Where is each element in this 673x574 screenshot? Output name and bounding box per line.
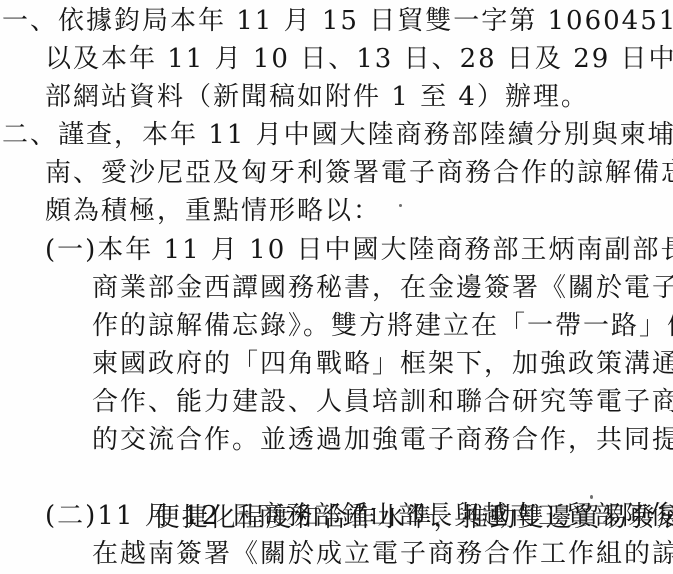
document-line: (二)11 月 12 日商務部鍾山部長與越南工貿部陳俊英部長， [0,497,673,535]
document-body: 一、依據鈞局本年 11 月 15 日貿雙一字第 1060451437 號函， 以… [0,0,673,573]
scanned-document-page: 一、依據鈞局本年 11 月 15 日貿雙一字第 1060451437 號函， 以… [0,0,673,574]
document-line: 部網站資料（新聞稿如附件 1 至 4）辦理。 [0,78,673,116]
line-text: 的交流合作。並透過加強電子商務合作，共同提高貿易 [92,425,673,455]
document-line: 便捷化程度和合作水準，推動雙邊貿易發展。 [0,459,673,497]
line-text: 柬國政府的「四角戰略」框架下，加強政策溝通、企業 [92,349,673,379]
line-text: 南、愛沙尼亞及匈牙利簽署電子商務合作的諒解備忘錄， [45,158,673,188]
line-text: (二)11 月 12 日商務部鍾山部長與越南工貿部陳俊英部長， [45,501,673,531]
document-line: 以及本年 11 月 10 日、13 日、28 日及 29 日中國大陸商務 [0,40,673,78]
document-line: 的交流合作。並透過加強電子商務合作，共同提高貿易 [0,421,673,459]
document-line: 南、愛沙尼亞及匈牙利簽署電子商務合作的諒解備忘錄， [0,154,673,192]
document-line: 二、謹查，本年 11 月中國大陸商務部陸續分別與柬埔寨、越 [0,116,673,154]
line-text: 部網站資料（新聞稿如附件 1 至 4）辦理。 [45,82,589,112]
document-line: 柬國政府的「四角戰略」框架下，加強政策溝通、企業 [0,345,673,383]
scan-speck [399,204,402,207]
scan-speck [590,495,593,499]
line-text: 在越南簽署《關於成立電子商務合作工作組的諒解備忘 [92,539,673,569]
document-line: 作的諒解備忘錄》。雙方將建立在「一帶一路」倡議和 [0,307,673,345]
document-line: 一、依據鈞局本年 11 月 15 日貿雙一字第 1060451437 號函， [0,2,673,40]
document-line: (一)本年 11 月 10 日中國大陸商務部王炳南副部長與柬埔寨 [0,231,673,269]
line-text: 合作、能力建設、人員培訓和聯合研究等電子商務領域 [92,387,673,417]
line-text: 頗為積極，重點情形略以： [45,196,381,226]
document-line: 商業部金西譚國務秘書，在金邊簽署《關於電子商務合 [0,269,673,307]
line-text: (一)本年 11 月 10 日中國大陸商務部王炳南副部長與柬埔寨 [45,235,673,265]
document-line: 合作、能力建設、人員培訓和聯合研究等電子商務領域 [0,383,673,421]
line-text: 作的諒解備忘錄》。雙方將建立在「一帶一路」倡議和 [92,311,673,341]
line-text: 一、依據鈞局本年 11 月 15 日貿雙一字第 1060451437 號函， [2,6,673,36]
line-text: 商業部金西譚國務秘書，在金邊簽署《關於電子商務合 [92,273,673,303]
line-text: 二、謹查，本年 11 月中國大陸商務部陸續分別與柬埔寨、越 [2,120,673,150]
document-line: 頗為積極，重點情形略以： [0,192,673,230]
document-line: 在越南簽署《關於成立電子商務合作工作組的諒解備忘 [0,535,673,573]
line-text: 以及本年 11 月 10 日、13 日、28 日及 29 日中國大陸商務 [45,44,673,74]
